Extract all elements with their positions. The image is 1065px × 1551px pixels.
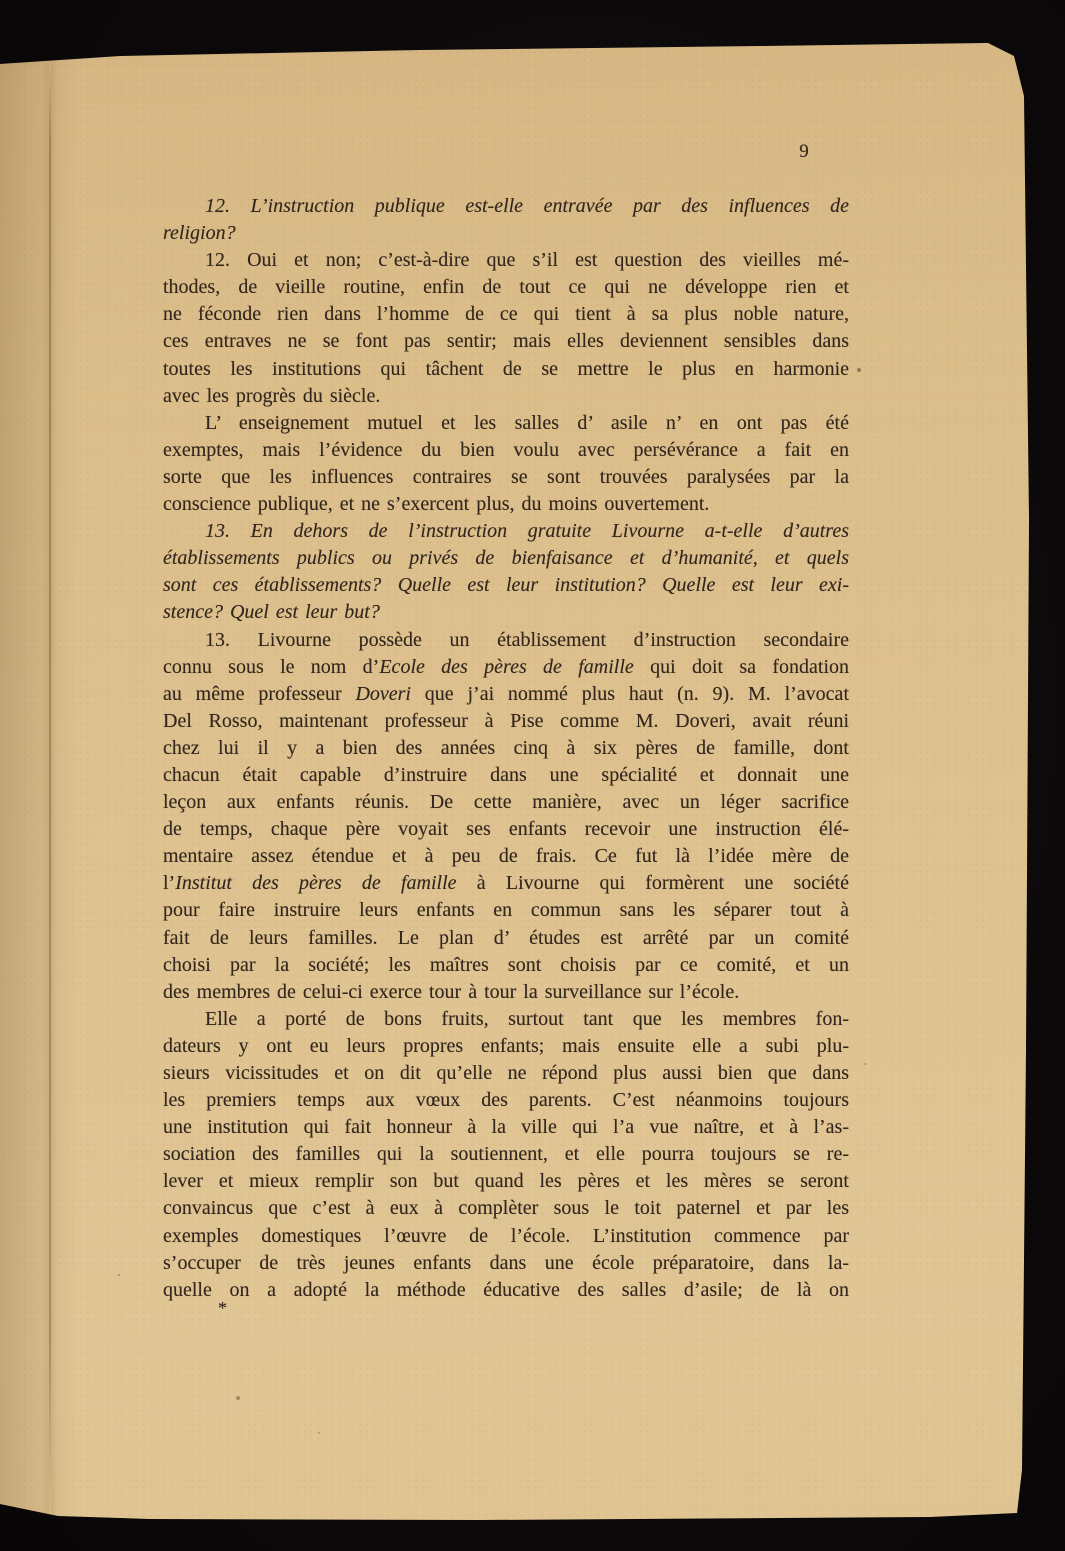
text-line: thodes, de vieille routine, enfin de tou… xyxy=(163,274,849,301)
paragraph: 12. L’instruction publique est-elle entr… xyxy=(163,193,849,247)
text-line: Del Rosso, maintenant professeur à Pise … xyxy=(163,708,849,735)
text-line: exemptes, mais l’évidence du bien voulu … xyxy=(163,437,849,464)
text-line: L’ enseignement mutuel et les salles d’ … xyxy=(163,410,849,437)
book-page: 9 12. L’instruction publique est-elle en… xyxy=(0,0,1065,1551)
paragraph: L’ enseignement mutuel et les salles d’ … xyxy=(163,410,849,518)
scan-background: 9 12. L’instruction publique est-elle en… xyxy=(0,0,1065,1551)
text-line: toutes les institutions qui tâchent de s… xyxy=(163,356,849,383)
text-line: chez lui il y a bien des années cinq à s… xyxy=(163,735,849,762)
text-line: sociation des familles qui la soutiennen… xyxy=(163,1141,849,1168)
text-line: une institution qui fait honneur à la vi… xyxy=(163,1114,849,1141)
gutter-crease-line xyxy=(49,62,51,1517)
text-line: avec les progrès du siècle. xyxy=(163,383,849,410)
text-line: stence? Quel est leur but? xyxy=(163,599,849,626)
text-line: 12. L’instruction publique est-elle entr… xyxy=(163,193,849,220)
text-line: établissements publics ou privés de bien… xyxy=(163,545,849,572)
text-line: Elle a porté de bons fruits, surtout tan… xyxy=(163,1006,849,1033)
text-line: conscience publique, et ne s’exercent pl… xyxy=(163,491,849,518)
text-line: ne féconde rien dans l’homme de ce qui t… xyxy=(163,301,849,328)
page-number: 9 xyxy=(780,141,828,163)
text-line: connu sous le nom d’Ecole des pères de f… xyxy=(163,654,849,681)
text-line: 12. Oui et non; c’est-à-dire que s’il es… xyxy=(163,247,849,274)
text-line: exemples domestiques l’œuvre de l’école.… xyxy=(163,1223,849,1250)
text-line: au même professeur Doveri que j’ai nommé… xyxy=(163,681,849,708)
text-line: choisi par la société; les maîtres sont … xyxy=(163,952,849,979)
text-line: l’Institut des pères de famille à Livour… xyxy=(163,870,849,897)
text-line: mentaire assez étendue et à peu de frais… xyxy=(163,843,849,870)
text-line: fait de leurs familles. Le plan d’ étude… xyxy=(163,925,849,952)
paragraph: Elle a porté de bons fruits, surtout tan… xyxy=(163,1006,849,1304)
text-line: s’occuper de très jeunes enfants dans un… xyxy=(163,1250,849,1277)
text-line: lever et mieux remplir son but quand les… xyxy=(163,1168,849,1195)
text-line: 13. Livourne possède un établissement d’… xyxy=(163,627,849,654)
text-line: quelle on a adopté la méthode éducative … xyxy=(163,1277,849,1304)
text-line: des membres de celui-ci exerce tour à to… xyxy=(163,979,849,1006)
gutter-shadow xyxy=(0,0,78,1551)
text-line: leçon aux enfants réunis. De cette maniè… xyxy=(163,789,849,816)
paragraph: 12. Oui et non; c’est-à-dire que s’il es… xyxy=(163,247,849,410)
text-line: sont ces établissements? Quelle est leur… xyxy=(163,572,849,599)
signature-mark: * xyxy=(218,1298,227,1319)
text-line: ces entraves ne se font pas sentir; mais… xyxy=(163,328,849,355)
text-line: sieurs vicissitudes et on dit qu’elle ne… xyxy=(163,1060,849,1087)
paragraph: 13. En dehors de l’instruction gratuite … xyxy=(163,518,849,626)
text-line: pour faire instruire leurs enfants en co… xyxy=(163,897,849,924)
text-line: 13. En dehors de l’instruction gratuite … xyxy=(163,518,849,545)
text-line: de temps, chaque père voyait ses enfants… xyxy=(163,816,849,843)
text-line: sorte que les influences contraires se s… xyxy=(163,464,849,491)
paragraph: 13. Livourne possède un établissement d’… xyxy=(163,627,849,1006)
text-line: dateurs y ont eu leurs propres enfants; … xyxy=(163,1033,849,1060)
text-line: les premiers temps aux vœux des parents.… xyxy=(163,1087,849,1114)
text-line: chacun était capable d’instruire dans un… xyxy=(163,762,849,789)
paper-specks xyxy=(0,0,2,2)
text-line: religion? xyxy=(163,220,849,247)
text-line: convaincus que c’est à eux à complèter s… xyxy=(163,1195,849,1222)
text-block: 12. L’instruction publique est-elle entr… xyxy=(163,193,849,1304)
